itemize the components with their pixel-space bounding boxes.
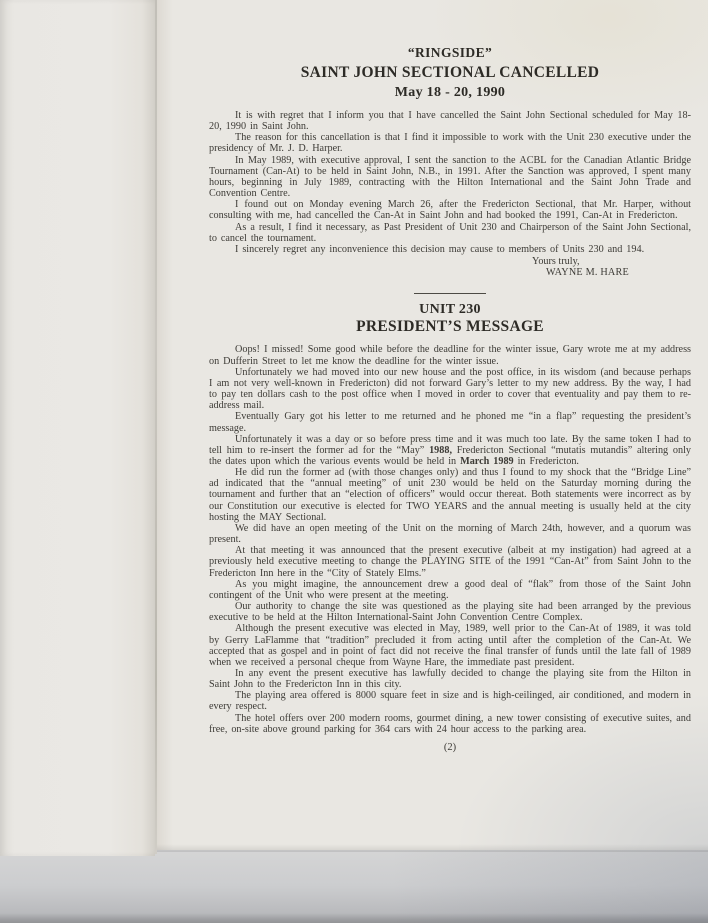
- paragraph: I sincerely regret any inconvenience thi…: [209, 244, 691, 255]
- paragraph: In any event the present executive has l…: [209, 668, 691, 690]
- paragraph: Unfortunately we had moved into our new …: [209, 367, 691, 412]
- paragraph: The reason for this cancellation is that…: [209, 132, 691, 154]
- section-divider: [414, 293, 486, 294]
- scanned-newsletter-photo: “RINGSIDE” SAINT JOHN SECTIONAL CANCELLE…: [0, 0, 708, 923]
- facing-page-blank: [0, 0, 155, 856]
- paragraph: As you might imagine, the announcement d…: [209, 579, 691, 601]
- paragraph: At that meeting it was announced that th…: [209, 545, 691, 578]
- article-subtitle: SAINT JOHN SECTIONAL CANCELLED: [209, 63, 691, 82]
- paragraph: The playing area offered is 8000 square …: [209, 690, 691, 712]
- paragraph: In May 1989, with executive approval, I …: [209, 155, 691, 200]
- article-body: It is with regret that I inform you that…: [209, 110, 691, 255]
- newsletter-page: “RINGSIDE” SAINT JOHN SECTIONAL CANCELLE…: [157, 0, 708, 850]
- signoff-closing: Yours truly,: [532, 256, 691, 267]
- article-body: Oops! I missed! Some good while before t…: [209, 344, 691, 734]
- paragraph: It is with regret that I inform you that…: [209, 110, 691, 132]
- paragraph: Our authority to change the site was que…: [209, 601, 691, 623]
- paragraph: The hotel offers over 200 modern rooms, …: [209, 713, 691, 735]
- paragraph: We did have an open meeting of the Unit …: [209, 523, 691, 545]
- paragraph: Eventually Gary got his letter to me ret…: [209, 411, 691, 433]
- paragraph: I found out on Monday evening March 26, …: [209, 199, 691, 221]
- signoff-name: WAYNE M. HARE: [546, 267, 691, 278]
- article-title: “RINGSIDE”: [209, 44, 691, 61]
- paragraph: As a result, I find it necessary, as Pas…: [209, 222, 691, 244]
- article-date-line: May 18 - 20, 1990: [209, 84, 691, 102]
- letter-signoff: Yours truly, WAYNE M. HARE: [532, 256, 691, 278]
- paragraph: Oops! I missed! Some good while before t…: [209, 344, 691, 366]
- paragraph: Unfortunately it was a day or so before …: [209, 434, 691, 467]
- paragraph: Although the present executive was elect…: [209, 623, 691, 668]
- page-content: “RINGSIDE” SAINT JOHN SECTIONAL CANCELLE…: [209, 44, 691, 753]
- paragraph: He did run the former ad (with those cha…: [209, 467, 691, 523]
- article-title-unit: UNIT 230: [209, 301, 691, 318]
- article-ringside-cancellation: “RINGSIDE” SAINT JOHN SECTIONAL CANCELLE…: [209, 44, 691, 278]
- article-title-presidents-message: PRESIDENT’S MESSAGE: [209, 318, 691, 336]
- page-number: (2): [209, 742, 691, 753]
- article-presidents-message: UNIT 230 PRESIDENT’S MESSAGE Oops! I mis…: [209, 301, 691, 734]
